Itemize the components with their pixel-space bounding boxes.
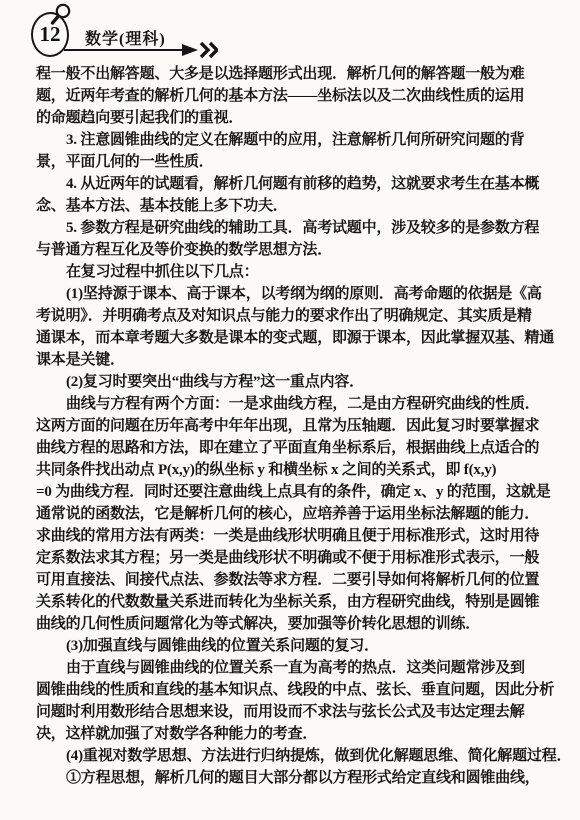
text-line: 程一般不出解答题、大多是以选择题形式出现．解析几何的解答题一般为难: [36, 63, 547, 85]
text-line: 曲线方程的思路和方法，即在建立了平面直角坐标系后，根据曲线上点适合的: [36, 437, 547, 459]
text-line: 课本是关键．: [36, 349, 547, 371]
text-line: 这两方面的问题在历年高考中年年出现，且常为压轴题．因此复习时要掌握求: [36, 415, 547, 437]
text-line: 共同条件找出动点 P(x,y)的纵坐标 y 和横坐标 x 之间的关系式，即 f(…: [36, 459, 547, 481]
text-line: 的命题趋向要引起我们的重视．: [36, 107, 547, 129]
subject-title: 数学(理科): [85, 26, 166, 49]
text-line: =0 为曲线方程．同时还要注意曲线上点具有的条件，确定 x、y 的范围，这就是: [36, 481, 547, 503]
text-line: 关系转化的代数数量关系进而转化为坐标关系，由方程研究曲线，特别是圆锥: [36, 591, 547, 613]
text-line: 3. 注意圆锥曲线的定义在解题中的应用，注意解析几何所研究问题的背: [36, 129, 547, 151]
text-line: 求曲线的常用方法有两类：一类是曲线形状明确且便于用标准形式，这时用待: [36, 525, 547, 547]
body-text: 程一般不出解答题、大多是以选择题形式出现．解析几何的解答题一般为难题，近两年考查…: [36, 63, 547, 789]
text-line: 在复习过程中抓住以下几点：: [36, 261, 547, 283]
magnifier-icon: [49, 1, 77, 29]
text-line: 决，这样就加强了对数学各种能力的考查．: [36, 723, 547, 745]
text-line: (2)复习时要突出“曲线与方程”这一重点内容．: [36, 371, 547, 393]
text-line: (3)加强直线与圆锥曲线的位置关系问题的复习．: [36, 635, 547, 657]
text-line: 念、基本方法、基本技能上多下功夫．: [36, 195, 547, 217]
text-line: 曲线与方程有两个方面：一是求曲线方程，二是由方程研究曲线的性质．: [36, 393, 547, 415]
text-line: 题，近两年考查的解析几何的基本方法——坐标法以及二次曲线性质的运用: [36, 85, 547, 107]
text-line: 定系数法求其方程；另一类是曲线形状不明确或不便于用标准形式表示，一般: [36, 547, 547, 569]
text-line: ①方程思想，解析几何的题目大部分都以方程形式给定直线和圆锥曲线，: [36, 767, 547, 789]
page-container: 12 数学(理科) 程一般不出解答题、大多是以选择题形式出现．解析几何的解答题一…: [0, 0, 580, 820]
text-line: 考说明》．并明确考点及对知识点与能力的要求作出了明确规定、其实质是精: [36, 305, 547, 327]
text-line: 圆锥曲线的性质和直线的基本知识点、线段的中点、弦长、垂直问题，因此分析: [36, 679, 547, 701]
text-line: (1)坚持源于课本、高于课本，以考纲为纲的原则．高考命题的依据是《高: [36, 283, 547, 305]
text-line: (4)重视对数学思想、方法进行归纳提炼，做到优化解题思维、简化解题过程．: [36, 745, 547, 767]
text-line: 通常说的函数法，它是解析几何的核心，应培养善于运用坐标法解题的能力．: [36, 503, 547, 525]
text-line: 问题时利用数形结合思想来设，而用设而不求法与弦长公式及韦达定理去解: [36, 701, 547, 723]
text-line: 由于直线与圆锥曲线的位置关系一直为高考的热点．这类问题常涉及到: [36, 657, 547, 679]
text-line: 4. 从近两年的试题看，解析几何题有前移的趋势，这就要求考生在基本概: [36, 173, 547, 195]
text-line: 与普通方程互化及等价变换的数学思想方法．: [36, 239, 547, 261]
text-line: 5. 参数方程是研究曲线的辅助工具．高考试题中，涉及较多的是参数方程: [36, 217, 547, 239]
page-header: 12 数学(理科): [0, 0, 580, 60]
text-line: 曲线的几何性质问题常化为等式解决，要加强等价转化思想的训练．: [36, 613, 547, 635]
text-line: 通课本，而本章考题大多数是课本的变式题，即源于课本，因此掌握双基、精通: [36, 327, 547, 349]
text-line: 景，平面几何的一些性质．: [36, 151, 547, 173]
text-line: 可用直接法、间接代点法、参数法等求方程．二要引导如何将解析几何的位置: [36, 569, 547, 591]
